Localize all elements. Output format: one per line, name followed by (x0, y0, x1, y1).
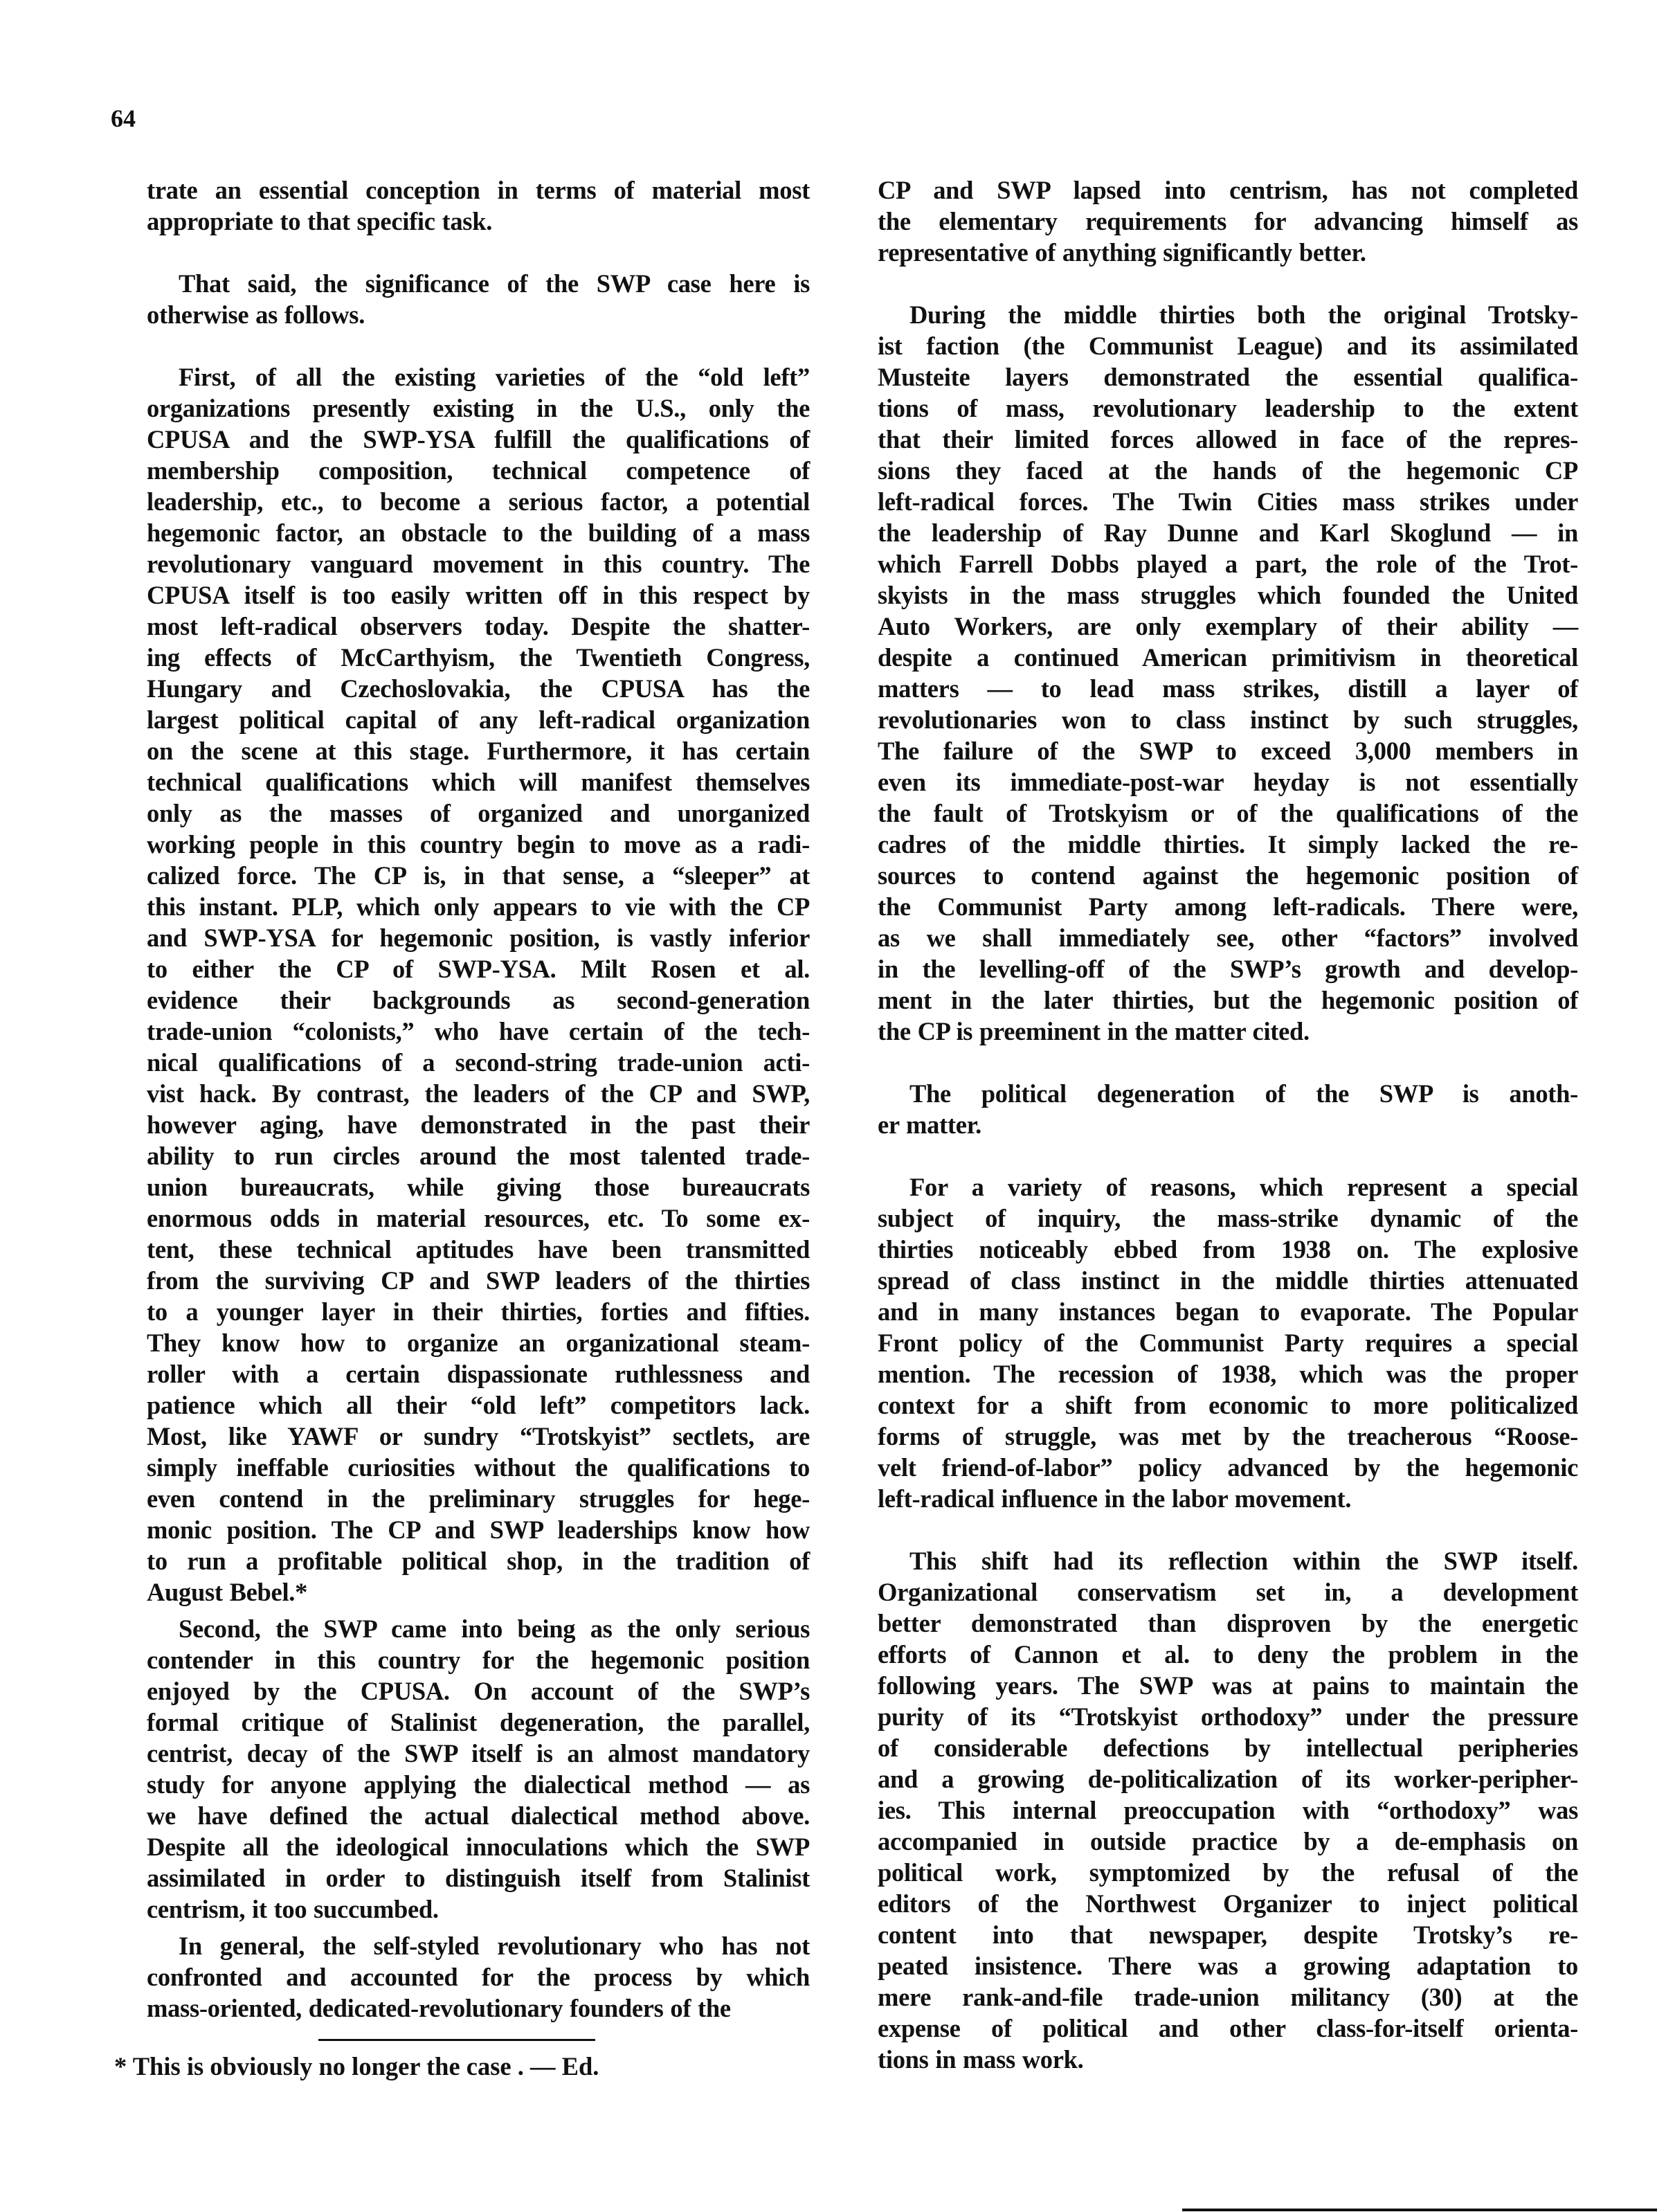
text-line: August Bebel.* (147, 1576, 810, 1608)
scan-edge-line (1182, 2209, 1657, 2211)
text-line: er matter. (878, 1109, 1578, 1140)
text-line: contender in this country for the hegemo… (147, 1644, 810, 1675)
text-line: mere rank-and-file trade-union militancy… (878, 1981, 1578, 2013)
text-line: ment in the later thirties, but the hege… (878, 984, 1578, 1016)
text-line: ability to run circles around the most t… (147, 1140, 810, 1171)
text-line: mention. The recession of 1938, which wa… (878, 1358, 1578, 1390)
text-line: matters — to lead mass strikes, distill … (878, 673, 1578, 704)
paragraph: Second, the SWP came into being as the o… (147, 1613, 810, 1925)
text-line: however aging, have demonstrated in the … (147, 1109, 810, 1140)
text-line: and SWP-YSA for hegemonic position, is v… (147, 922, 810, 953)
text-line: simply ineffable curiosities without the… (147, 1452, 810, 1483)
text-line: content into that newspaper, despite Tro… (878, 1919, 1578, 1950)
text-line: confronted and accounted for the process… (147, 1961, 810, 1993)
text-line: leadership, etc., to become a serious fa… (147, 486, 810, 517)
text-line: They know how to organize an organizatio… (147, 1327, 810, 1358)
text-line: appropriate to that specific task. (147, 206, 810, 237)
text-line: CPUSA and the SWP-YSA fulfill the qualif… (147, 424, 810, 455)
text-line: centrist, decay of the SWP itself is an … (147, 1738, 810, 1769)
paragraph-gap (147, 330, 810, 361)
paragraph-gap (147, 1608, 810, 1613)
text-line: technical qualifications which will mani… (147, 766, 810, 798)
text-line: spread of class instinct in the middle t… (878, 1265, 1578, 1296)
text-line: to either the CP of SWP-YSA. Milt Rosen … (147, 953, 810, 984)
text-line: to a younger layer in their thirties, fo… (147, 1296, 810, 1327)
text-line: study for anyone applying the dialectica… (147, 1769, 810, 1800)
text-line: accompanied in outside practice by a de-… (878, 1826, 1578, 1857)
text-line: ist faction (the Communist League) and i… (878, 330, 1578, 361)
text-line: working people in this country begin to … (147, 829, 810, 860)
left-column: trate an essential conception in terms o… (147, 174, 810, 2024)
text-line: thirties noticeably ebbed from 1938 on. … (878, 1234, 1578, 1265)
footnote: * This is obviously no longer the case .… (114, 2051, 599, 2082)
text-line: Auto Workers, are only exemplary of thei… (878, 611, 1578, 642)
text-line: nical qualifications of a second-string … (147, 1047, 810, 1078)
text-line: CPUSA itself is too easily written off i… (147, 579, 810, 611)
text-line: In general, the self-styled revolutionar… (147, 1930, 810, 1961)
newspaper-title: Northwest Organizer (1085, 1889, 1332, 1918)
text-line: enormous odds in material resources, etc… (147, 1203, 810, 1234)
text-line: organizations presently existing in the … (147, 393, 810, 424)
text-line: That said, the significance of the SWP c… (147, 268, 810, 299)
text-line: the leadership of Ray Dunne and Karl Sko… (878, 517, 1578, 548)
text-line: peated insistence. There was a growing a… (878, 1950, 1578, 1981)
text-line: calized force. The CP is, in that sense,… (147, 860, 810, 891)
paragraph: This shift had its reflection within the… (878, 1545, 1578, 2075)
text-line: First, of all the existing varieties of … (147, 361, 810, 393)
text-line: political work, symptomized by the refus… (878, 1857, 1578, 1888)
text-line: sions they faced at the hands of the heg… (878, 455, 1578, 486)
text-line: The failure of the SWP to exceed 3,000 m… (878, 735, 1578, 766)
text-line: Second, the SWP came into being as the o… (147, 1613, 810, 1644)
text-line: this instant. PLP, which only appears to… (147, 891, 810, 922)
text-line: to run a profitable political shop, in t… (147, 1545, 810, 1576)
paragraph: CP and SWP lapsed into centrism, has not… (878, 174, 1578, 268)
paragraph: The political degeneration of the SWP is… (878, 1078, 1578, 1140)
paragraph-gap (878, 1140, 1578, 1171)
text-line: mass-oriented, dedicated-revolutionary f… (147, 1993, 810, 2024)
text-line: union bureaucrats, while giving those bu… (147, 1171, 810, 1203)
text-line: on the scene at this stage. Furthermore,… (147, 735, 810, 766)
paragraph-gap (878, 268, 1578, 299)
text-line: revolutionaries won to class instinct by… (878, 704, 1578, 735)
page-number: 64 (111, 104, 136, 133)
paragraph-gap (147, 237, 810, 268)
text-line: of considerable defections by intellectu… (878, 1732, 1578, 1763)
text-line: tent, these technical aptitudes have bee… (147, 1234, 810, 1265)
paragraph: That said, the significance of the SWP c… (147, 268, 810, 330)
paragraph: For a variety of reasons, which represen… (878, 1171, 1578, 1514)
text-line: Despite all the ideological innoculation… (147, 1831, 810, 1862)
text-line: largest political capital of any left-ra… (147, 704, 810, 735)
text-line: trate an essential conception in terms o… (147, 174, 810, 206)
paragraph-gap (147, 1925, 810, 1930)
text-line: despite a continued American primitivism… (878, 642, 1578, 673)
text-line: ies. This internal preoccupation with “o… (878, 1795, 1578, 1826)
text-line: as we shall immediately see, other “fact… (878, 922, 1578, 953)
text-line: the CP is preeminent in the matter cited… (878, 1016, 1578, 1047)
text-line: better demonstrated than disproven by th… (878, 1608, 1578, 1639)
paragraph: During the middle thirties both the orig… (878, 299, 1578, 1047)
text-line: the elementary requirements for advancin… (878, 206, 1578, 237)
text-line: the Communist Party among left-radicals.… (878, 891, 1578, 922)
text-line: ing effects of McCarthyism, the Twentiet… (147, 642, 810, 673)
text-line: evidence their backgrounds as second-gen… (147, 984, 810, 1016)
text-line: tions in mass work. (878, 2044, 1578, 2075)
text-line: efforts of Cannon et al. to deny the pro… (878, 1639, 1578, 1670)
text-line: velt friend-of-labor” policy advanced by… (878, 1452, 1578, 1483)
text-line: During the middle thirties both the orig… (878, 299, 1578, 330)
text-line: left-radical influence in the labor move… (878, 1483, 1578, 1514)
text-line: This shift had its reflection within the… (878, 1545, 1578, 1576)
paragraph-gap (878, 1047, 1578, 1078)
paragraph: First, of all the existing varieties of … (147, 361, 810, 1608)
text-line: in the levelling-off of the SWP’s growth… (878, 953, 1578, 984)
text-line: CP and SWP lapsed into centrism, has not… (878, 174, 1578, 206)
text-line: even contend in the preliminary struggle… (147, 1483, 810, 1514)
text-line: The political degeneration of the SWP is… (878, 1078, 1578, 1109)
text-line: centrism, it too succumbed. (147, 1894, 810, 1925)
text-line: roller with a certain dispassionate ruth… (147, 1358, 810, 1390)
right-column: CP and SWP lapsed into centrism, has not… (878, 174, 1578, 2075)
text-line: left-radical forces. The Twin Cities mas… (878, 486, 1578, 517)
footnote-divider (318, 2039, 595, 2041)
text-line: monic position. The CP and SWP leadershi… (147, 1514, 810, 1545)
text-line: forms of struggle, was met by the treach… (878, 1421, 1578, 1452)
text-line: enjoyed by the CPUSA. On account of the … (147, 1675, 810, 1707)
text-line: tions of mass, revolutionary leadership … (878, 393, 1578, 424)
text-line: editors of the Northwest Organizer to in… (878, 1888, 1578, 1919)
text-line: otherwise as follows. (147, 299, 810, 330)
text-line: the fault of Trotskyism or of the qualif… (878, 798, 1578, 829)
paragraph: trate an essential conception in terms o… (147, 174, 810, 237)
text-line: sources to contend against the hegemonic… (878, 860, 1578, 891)
text-line: purity of its “Trotskyist orthodoxy” und… (878, 1701, 1578, 1732)
paragraph: In general, the self-styled revolutionar… (147, 1930, 810, 2024)
text-line: assimilated in order to distinguish itse… (147, 1862, 810, 1894)
text-line: Organizational conservatism set in, a de… (878, 1576, 1578, 1608)
text-line: and a growing de-politicalization of its… (878, 1763, 1578, 1795)
text-line: that their limited forces allowed in fac… (878, 424, 1578, 455)
text-line: revolutionary vanguard movement in this … (147, 548, 810, 579)
text-line: skyists in the mass struggles which foun… (878, 579, 1578, 611)
text-line: cadres of the middle thirties. It simply… (878, 829, 1578, 860)
text-line: trade-union “colonists,” who have certai… (147, 1016, 810, 1047)
text-line: representative of anything significantly… (878, 237, 1578, 268)
text-line: we have defined the actual dialectical m… (147, 1800, 810, 1831)
text-line: Hungary and Czechoslovakia, the CPUSA ha… (147, 673, 810, 704)
text-line: only as the masses of organized and unor… (147, 798, 810, 829)
text-line: vist hack. By contrast, the leaders of t… (147, 1078, 810, 1109)
text-line: patience which all their “old left” comp… (147, 1390, 810, 1421)
text-line: even its immediate-post-war heyday is no… (878, 766, 1578, 798)
text-line: Most, like YAWF or sundry “Trotskyist” s… (147, 1421, 810, 1452)
text-line: subject of inquiry, the mass-strike dyna… (878, 1203, 1578, 1234)
text-line: most left-radical observers today. Despi… (147, 611, 810, 642)
text-line: and in many instances began to evaporate… (878, 1296, 1578, 1327)
text-line: membership composition, technical compet… (147, 455, 810, 486)
text-line: formal critique of Stalinist degeneratio… (147, 1707, 810, 1738)
text-line: expense of political and other class-for… (878, 2013, 1578, 2044)
text-line: from the surviving CP and SWP leaders of… (147, 1265, 810, 1296)
text-line: Front policy of the Communist Party requ… (878, 1327, 1578, 1358)
text-line: following years. The SWP was at pains to… (878, 1670, 1578, 1701)
text-line: which Farrell Dobbs played a part, the r… (878, 548, 1578, 579)
text-line: context for a shift from economic to mor… (878, 1390, 1578, 1421)
paragraph-gap (878, 1514, 1578, 1545)
text-line: hegemonic factor, an obstacle to the bui… (147, 517, 810, 548)
text-line: Musteite layers demonstrated the essenti… (878, 361, 1578, 393)
text-line: For a variety of reasons, which represen… (878, 1171, 1578, 1203)
